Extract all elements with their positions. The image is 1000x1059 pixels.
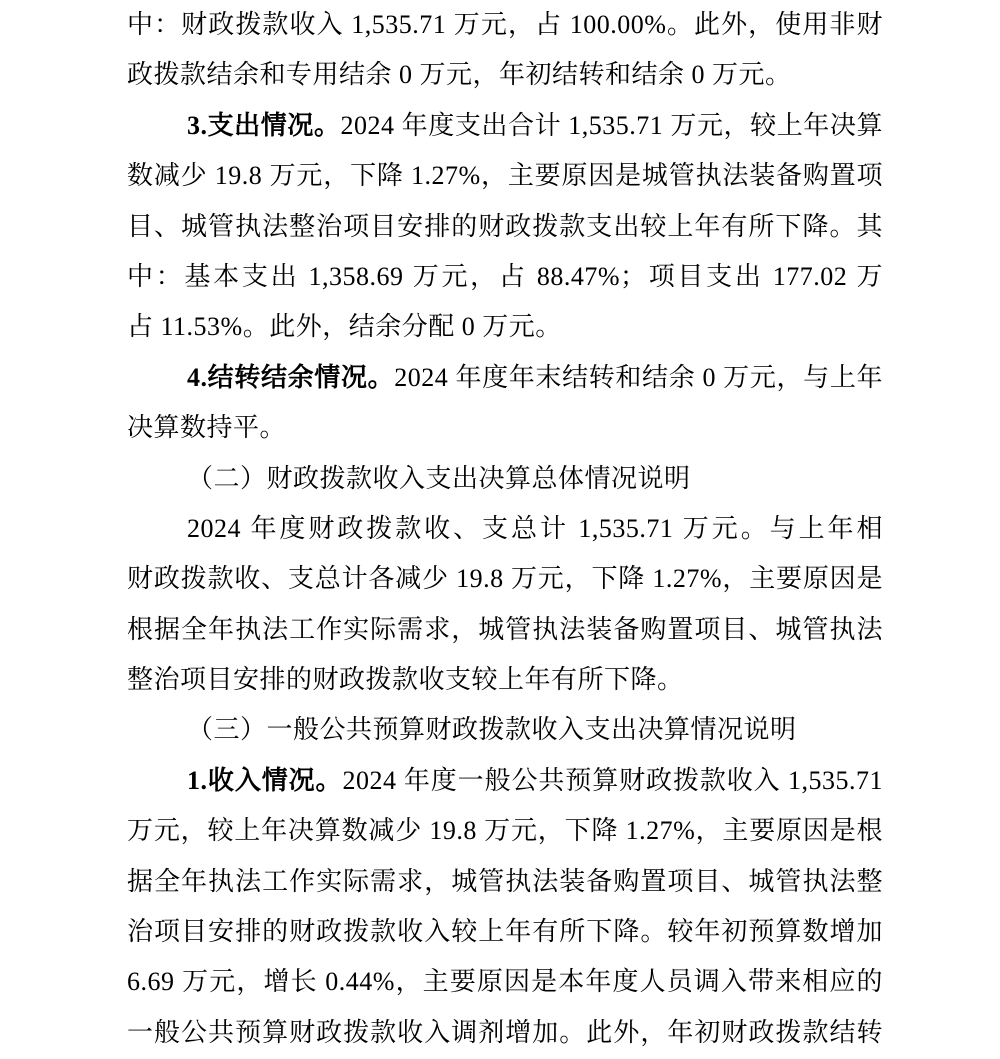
text-line: 1.收入情况。2024 年度一般公共预算财政拨款收入 1,535.71 [127,756,883,806]
text-line: 2024 年度财政拨款收、支总计 1,535.71 万元。与上年相比， [127,504,883,554]
text-line: 目、城管执法整治项目安排的财政拨款支出较上年有所下降。其 [127,202,883,252]
body-text-run: 中：财政拨款收入 1,535.71 万元，占 100.00%。此外，使用非财 [127,10,883,39]
text-line: （三）一般公共预算财政拨款收入支出决算情况说明 [127,705,883,755]
text-line: 中：财政拨款收入 1,535.71 万元，占 100.00%。此外，使用非财 [127,0,883,50]
heading-text-run: 4.结转结余情况。 [187,363,394,392]
document-page: 中：财政拨款收入 1,535.71 万元，占 100.00%。此外，使用非财政拨… [0,0,1000,1059]
body-text-run: 决算数持平。 [127,413,286,442]
body-text-run: 万元，较上年决算数减少 19.8 万元，下降 1.27%，主要原因是根 [127,816,883,845]
text-line: 据全年执法工作实际需求，城管执法装备购置项目、城管执法整 [127,857,883,907]
body-text-run: 据全年执法工作实际需求，城管执法装备购置项目、城管执法整 [127,867,883,896]
text-line: 根据全年执法工作实际需求，城管执法装备购置项目、城管执法 [127,605,883,655]
body-text-run: 6.69 万元，增长 0.44%，主要原因是本年度人员调入带来相应的 [127,967,883,996]
text-line: 3.支出情况。2024 年度支出合计 1,535.71 万元，较上年决算 [127,101,883,151]
body-text-run: 一般公共预算财政拨款收入调剂增加。此外，年初财政拨款结转 [127,1018,883,1047]
body-text-run: 2024 年度年末结转和结余 0 万元，与上年 [394,363,883,392]
body-text-run: 2024 年度一般公共预算财政拨款收入 1,535.71 [342,766,883,795]
text-line: （二）财政拨款收入支出决算总体情况说明 [127,454,883,504]
heading-text-run: 3.支出情况。 [187,111,341,140]
body-text-run: 财政拨款收、支总计各减少 19.8 万元，下降 1.27%，主要原因是 [127,564,883,593]
body-text-run: 根据全年执法工作实际需求，城管执法装备购置项目、城管执法 [127,615,883,644]
body-text-run: 目、城管执法整治项目安排的财政拨款支出较上年有所下降。其 [127,212,883,241]
body-text-run: （二）财政拨款收入支出决算总体情况说明 [187,464,691,493]
text-line: 6.69 万元，增长 0.44%，主要原因是本年度人员调入带来相应的 [127,957,883,1007]
text-line: 万元，较上年决算数减少 19.8 万元，下降 1.27%，主要原因是根 [127,806,883,856]
text-line: 治项目安排的财政拨款收入较上年有所下降。较年初预算数增加 [127,907,883,957]
text-line: 中：基本支出 1,358.69 万元，占 88.47%；项目支出 177.02 … [127,252,883,302]
text-line: 整治项目安排的财政拨款收支较上年有所下降。 [127,655,883,705]
body-text-run: 中：基本支出 1,358.69 万元，占 88.47%；项目支出 177.02 … [127,262,883,302]
body-text-run: 2024 年度财政拨款收、支总计 1,535.71 万元。与上年相比， [187,514,883,554]
heading-text-run: 1.收入情况。 [187,766,342,795]
body-text-run: 整治项目安排的财政拨款收支较上年有所下降。 [127,665,684,694]
text-line: 决算数持平。 [127,403,883,453]
body-text-run: 政拨款结余和专用结余 0 万元，年初结转和结余 0 万元。 [127,60,792,89]
text-line: 数减少 19.8 万元，下降 1.27%，主要原因是城管执法装备购置项 [127,151,883,201]
body-text-run: 2024 年度支出合计 1,535.71 万元，较上年决算 [341,111,883,140]
body-text-run: 数减少 19.8 万元，下降 1.27%，主要原因是城管执法装备购置项 [127,161,883,190]
text-line: 占 11.53%。此外，结余分配 0 万元。 [127,302,883,352]
text-line: 一般公共预算财政拨款收入调剂增加。此外，年初财政拨款结转 [127,1008,883,1058]
body-text-run: 占 11.53%。此外，结余分配 0 万元。 [127,312,562,341]
text-line: 财政拨款收、支总计各减少 19.8 万元，下降 1.27%，主要原因是 [127,554,883,604]
body-text-run: （三）一般公共预算财政拨款收入支出决算情况说明 [187,715,797,744]
body-text-run: 治项目安排的财政拨款收入较上年有所下降。较年初预算数增加 [127,917,883,946]
text-line: 4.结转结余情况。2024 年度年末结转和结余 0 万元，与上年 [127,353,883,403]
text-line: 政拨款结余和专用结余 0 万元，年初结转和结余 0 万元。 [127,50,883,100]
document-body: 中：财政拨款收入 1,535.71 万元，占 100.00%。此外，使用非财政拨… [127,0,883,1058]
